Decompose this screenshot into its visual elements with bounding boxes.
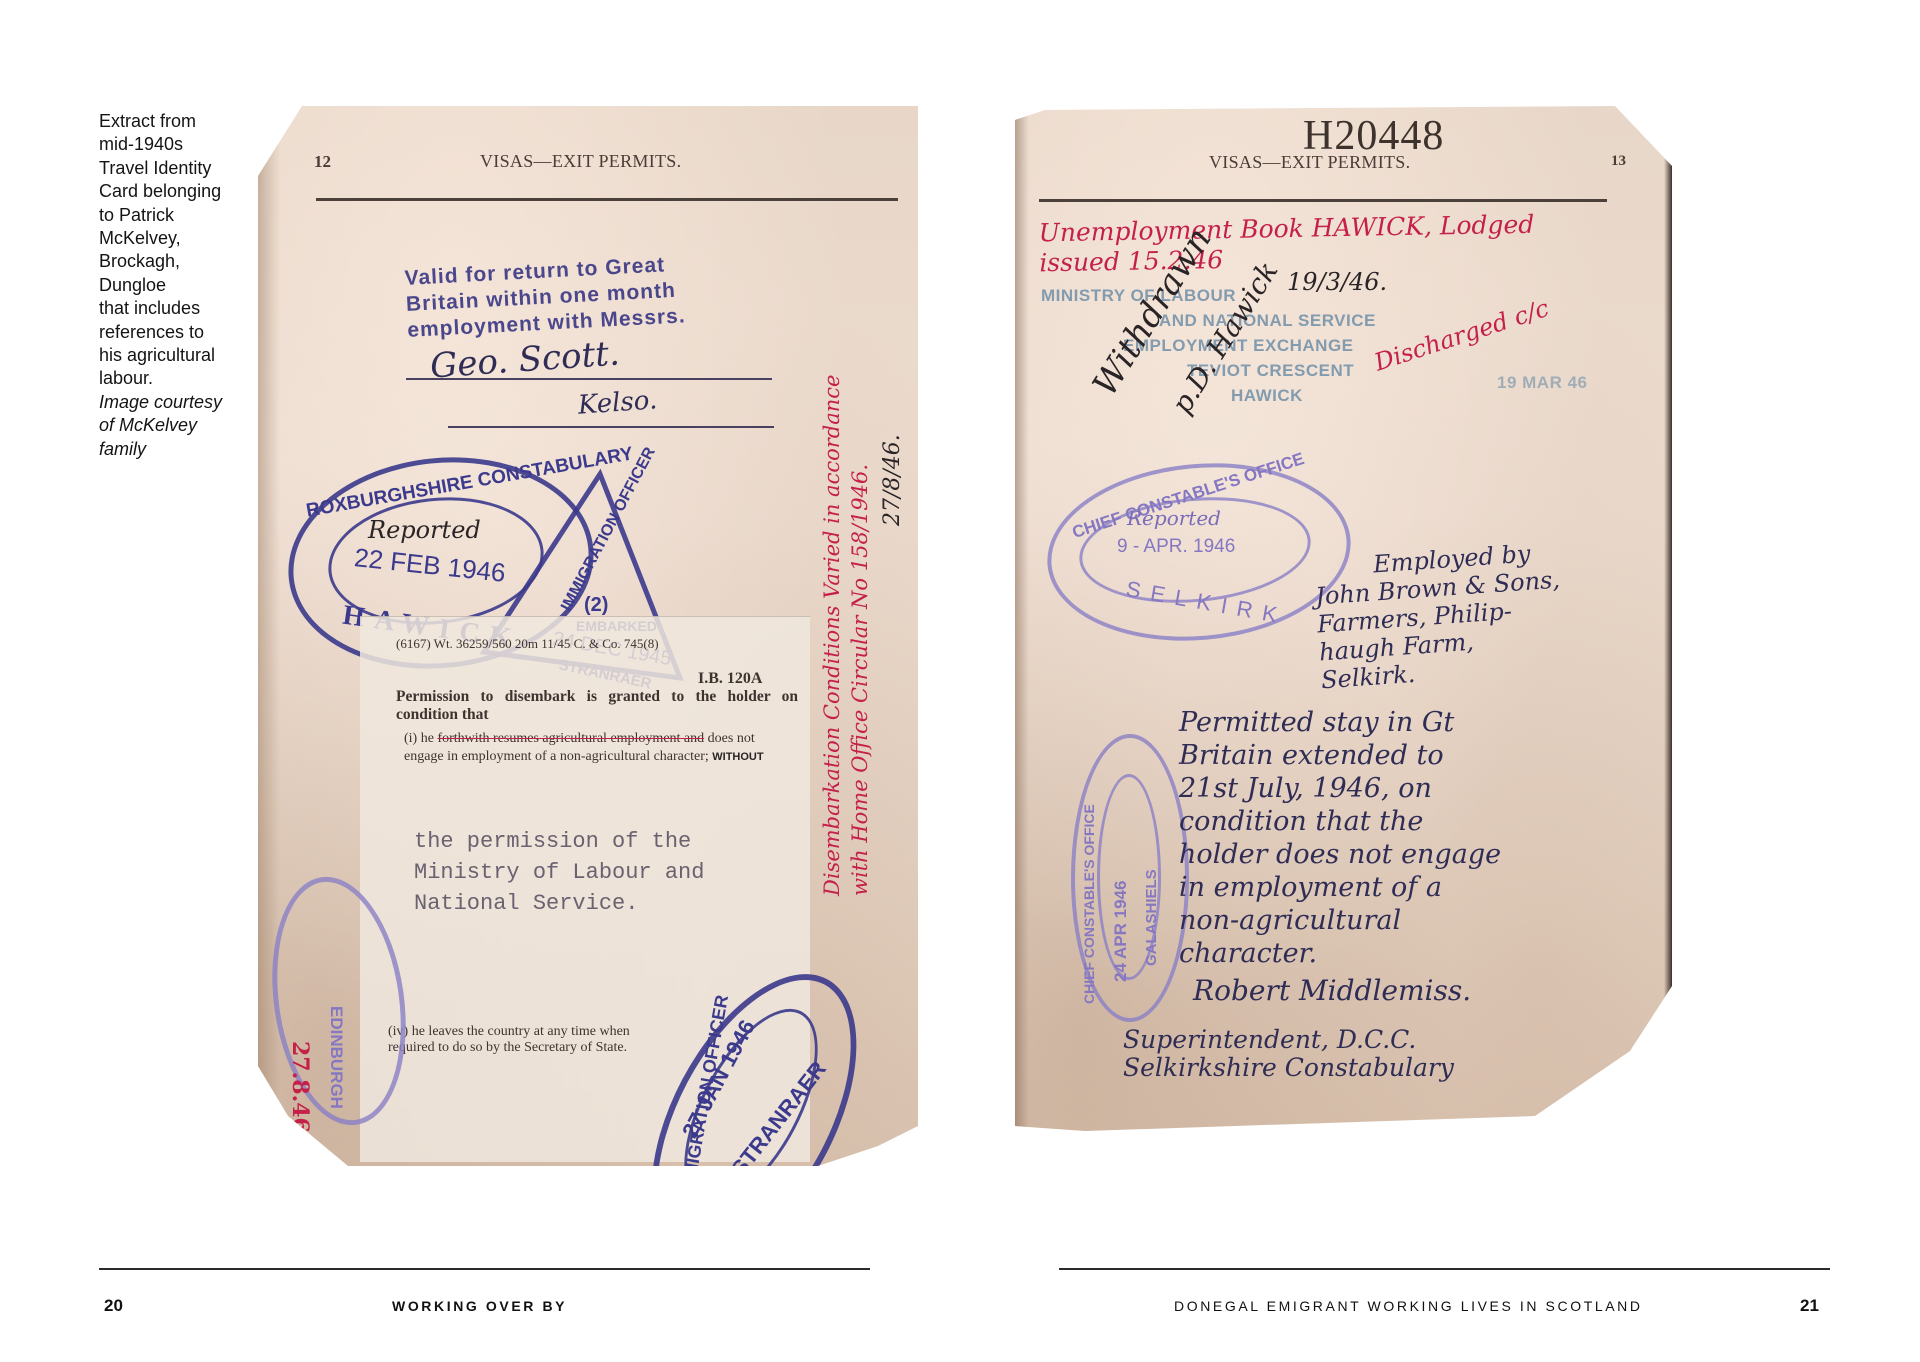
clause-line: required to do so by the Secretary of St… — [388, 1040, 630, 1056]
galashiels-ring-top: CHIEF CONSTABLE'S OFFICE — [1081, 804, 1097, 1004]
running-head-left: WORKING OVER BY — [392, 1298, 567, 1314]
note-line: holder does not engage — [1179, 838, 1501, 871]
note-line: 21st July, 1946, on — [1179, 772, 1501, 805]
passport-page-right: H20448 VISAS—EXIT PERMITS. 13 Unemployme… — [1015, 106, 1672, 1131]
slip-heading: Permission to disembark is granted to th… — [396, 688, 798, 724]
valid-for-return-stamp: Valid for return to Great Britain within… — [404, 251, 686, 343]
image-credit: Image courtesy — [99, 391, 249, 414]
dotted-line — [406, 378, 772, 380]
red-margin-note: Disembarkation Conditions Varied in acco… — [818, 375, 874, 896]
selkirk-note: Reported — [1127, 506, 1221, 530]
running-head-right: DONEGAL EMIGRANT WORKING LIVES IN SCOTLA… — [1174, 1298, 1643, 1314]
clause-line: (iv) he leaves the country at any time w… — [388, 1024, 630, 1040]
image-caption: Extract from mid-1940s Travel Identity C… — [99, 110, 249, 461]
caption-line: Extract from — [99, 110, 249, 133]
form-id: I.B. 120A — [698, 669, 762, 688]
handwritten-addition: WITHOUT — [712, 751, 763, 763]
stamp-note: Reported — [368, 516, 481, 544]
page-number: 13 — [1611, 153, 1626, 170]
note-line: Britain extended to — [1179, 739, 1501, 772]
note-line: character. — [1179, 937, 1501, 970]
caption-line: Dungloe — [99, 274, 249, 297]
clause-prefix: (i) he — [404, 731, 434, 746]
handwritten-place: Kelso. — [577, 385, 658, 420]
typed-line: the permission of the — [414, 826, 704, 857]
footer-rule-left — [99, 1268, 870, 1270]
passport-page-left: 12 VISAS—EXIT PERMITS. Valid for return … — [258, 106, 918, 1166]
page-header: VISAS—EXIT PERMITS. — [1209, 152, 1410, 173]
red-vertical-date: 27.8.46. — [287, 1041, 313, 1141]
permitted-stay-note: Permitted stay in Gt Britain extended to… — [1179, 706, 1501, 970]
caption-line: his agricultural — [99, 344, 249, 367]
caption-line: Brockagh, — [99, 250, 249, 273]
margin-initials: 27/8/46. — [880, 434, 905, 526]
note-line: Selkirkshire Constabulary — [1123, 1054, 1454, 1082]
header-rule — [1039, 199, 1607, 202]
slip-clause-iv: (iv) he leaves the country at any time w… — [388, 1024, 630, 1056]
triangle-number: (2) — [584, 594, 608, 617]
page-header: VISAS—EXIT PERMITS. — [480, 151, 681, 172]
note-line: Permitted stay in Gt — [1179, 706, 1501, 739]
note-line: with Home Office Circular No 158/1946. — [846, 375, 874, 896]
page-number-right: 21 — [1800, 1296, 1819, 1316]
selkirk-date: 9 - APR. 1946 — [1117, 536, 1235, 558]
employed-note: Employed by John Brown & Sons, Farmers, … — [1312, 538, 1566, 695]
image-credit: of McKelvey — [99, 414, 249, 437]
galashiels-date: 24 APR 1946 — [1111, 881, 1131, 982]
withdrawn-date: 19/3/46. — [1287, 268, 1387, 296]
typed-line: Ministry of Labour and — [414, 857, 704, 888]
page-number-left: 20 — [104, 1296, 123, 1316]
faded-stamp-label: EDINBURGH — [326, 1006, 346, 1109]
dotted-line — [448, 426, 774, 428]
footer-rule-right — [1059, 1268, 1830, 1270]
slip-clause-i: (i) he forthwith resumes agricultural em… — [404, 730, 796, 766]
caption-line: labour. — [99, 367, 249, 390]
caption-line: mid-1940s — [99, 133, 249, 156]
note-line: Disembarkation Conditions Varied in acco… — [818, 375, 846, 896]
struck-text: forthwith resumes agricultural employmen… — [437, 731, 704, 746]
header-rule — [316, 198, 898, 201]
caption-line: McKelvey, — [99, 227, 249, 250]
note-line: Superintendent, D.C.C. — [1123, 1026, 1454, 1054]
note-line: non-agricultural — [1179, 904, 1501, 937]
typed-line: National Service. — [414, 888, 704, 919]
page-number: 12 — [314, 152, 331, 172]
slip-print-code: (6167) Wt. 36259/560 20m 11/45 C. & Co. … — [396, 634, 659, 653]
caption-line: Travel Identity — [99, 157, 249, 180]
note-line: condition that the — [1179, 805, 1501, 838]
signatory-name: Robert Middlemiss. — [1193, 974, 1471, 1007]
caption-line: references to — [99, 321, 249, 344]
caption-line: that includes — [99, 297, 249, 320]
note-line: in employment of a — [1179, 871, 1501, 904]
signatory-title: Superintendent, D.C.C. Selkirkshire Cons… — [1123, 1026, 1454, 1082]
typed-continuation: the permission of the Ministry of Labour… — [414, 826, 704, 919]
page-edge-dark — [1664, 146, 1672, 1011]
page-edge — [1015, 106, 1029, 1131]
faded-date-stamp: 19 MAR 46 — [1497, 370, 1587, 395]
stamp-line: AND NATIONAL SERVICE — [1041, 308, 1376, 333]
caption-line: Card belonging — [99, 180, 249, 203]
galashiels-ring-bottom: GALASHIELS — [1143, 869, 1160, 966]
image-credit: family — [99, 438, 249, 461]
caption-line: to Patrick — [99, 204, 249, 227]
